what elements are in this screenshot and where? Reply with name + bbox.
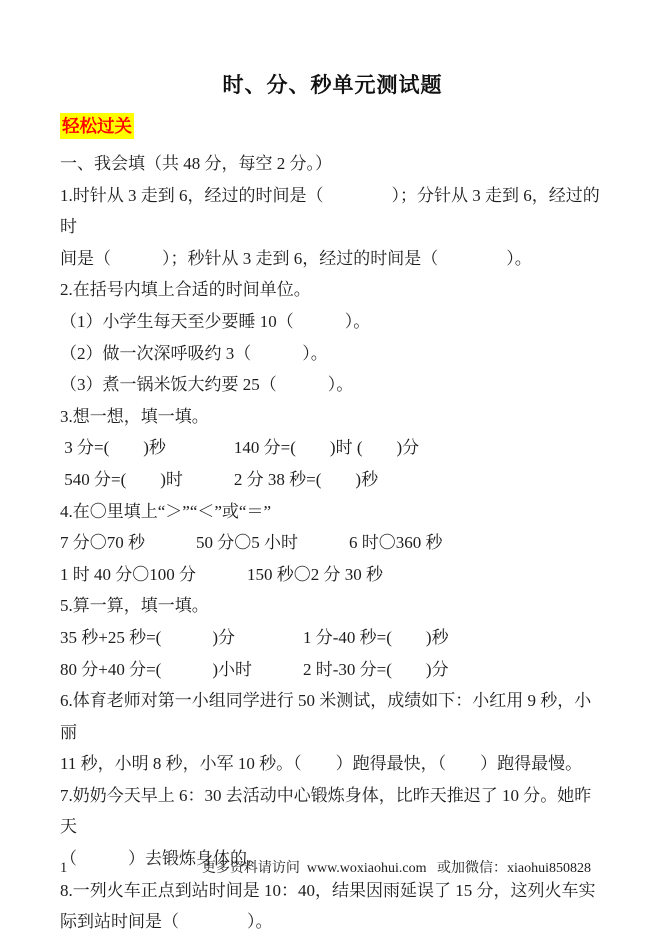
question-4-header: 4.在〇里填上“＞”“＜”或“＝” [60, 496, 601, 528]
question-6-line-1: 6.体育老师对第一小组同学进行 50 米测试，成绩如下：小红用 9 秒，小丽 [60, 685, 601, 748]
question-3-row-1: 3 分=( )秒 140 分=( )时 ( )分 [60, 432, 601, 464]
section-badge: 轻松过关 [60, 113, 134, 139]
test-body: 一、我会填（共 48 分，每空 2 分。） 1.时针从 3 走到 6，经过的时间… [60, 148, 601, 938]
question-2-header: 2.在括号内填上合适的时间单位。 [60, 274, 601, 306]
section-one-header: 一、我会填（共 48 分，每空 2 分。） [60, 148, 601, 180]
question-7-line-1: 7.奶奶今天早上 6：30 去活动中心锻炼身体，比昨天推迟了 10 分。她昨天 [60, 780, 601, 843]
question-4-row-1: 7 分〇70 秒 50 分〇5 小时 6 时〇360 秒 [60, 527, 601, 559]
question-2-item-1: （1）小学生每天至少要睡 10（ ）。 [60, 306, 601, 338]
question-6-line-2: 11 秒，小明 8 秒，小军 10 秒。（ ）跑得最快，（ ）跑得最慢。 [60, 748, 601, 780]
document-page: 时、分、秒单元测试题 轻松过关 一、我会填（共 48 分，每空 2 分。） 1.… [0, 0, 665, 945]
question-8-line-2: 际到站时间是（ ）。 [60, 906, 601, 938]
question-1-line-1: 1.时针从 3 走到 6，经过的时间是（ ）；分针从 3 走到 6，经过的时 [60, 180, 601, 243]
question-5-row-2: 80 分+40 分=( )小时 2 时-30 分=( )分 [60, 654, 601, 686]
question-5-header: 5.算一算，填一填。 [60, 590, 601, 622]
page-number: 1 [60, 860, 67, 877]
question-8-line-1: 8.一列火车正点到站时间是 10：40，结果因雨延误了 15 分，这列火车实 [60, 875, 601, 907]
question-2-item-3: （3）煮一锅米饭大约要 25（ ）。 [60, 369, 601, 401]
badge-row: 轻松过关 [60, 113, 665, 139]
question-5-row-1: 35 秒+25 秒=( )分 1 分-40 秒=( )秒 [60, 622, 601, 654]
question-1-line-2: 间是（ ）；秒针从 3 走到 6，经过的时间是（ ）。 [60, 243, 601, 275]
footer-note: 更多资料请访问 www.woxiaohui.com 或加微信：xiaohui85… [202, 857, 591, 877]
question-2-item-2: （2）做一次深呼吸约 3（ ）。 [60, 338, 601, 370]
question-3-row-2: 540 分=( )时 2 分 38 秒=( )秒 [60, 464, 601, 496]
question-4-row-2: 1 时 40 分〇100 分 150 秒〇2 分 30 秒 [60, 559, 601, 591]
page-title: 时、分、秒单元测试题 [0, 0, 665, 99]
question-3-header: 3.想一想，填一填。 [60, 401, 601, 433]
page-footer: 1 更多资料请访问 www.woxiaohui.com 或加微信：xiaohui… [60, 857, 591, 877]
